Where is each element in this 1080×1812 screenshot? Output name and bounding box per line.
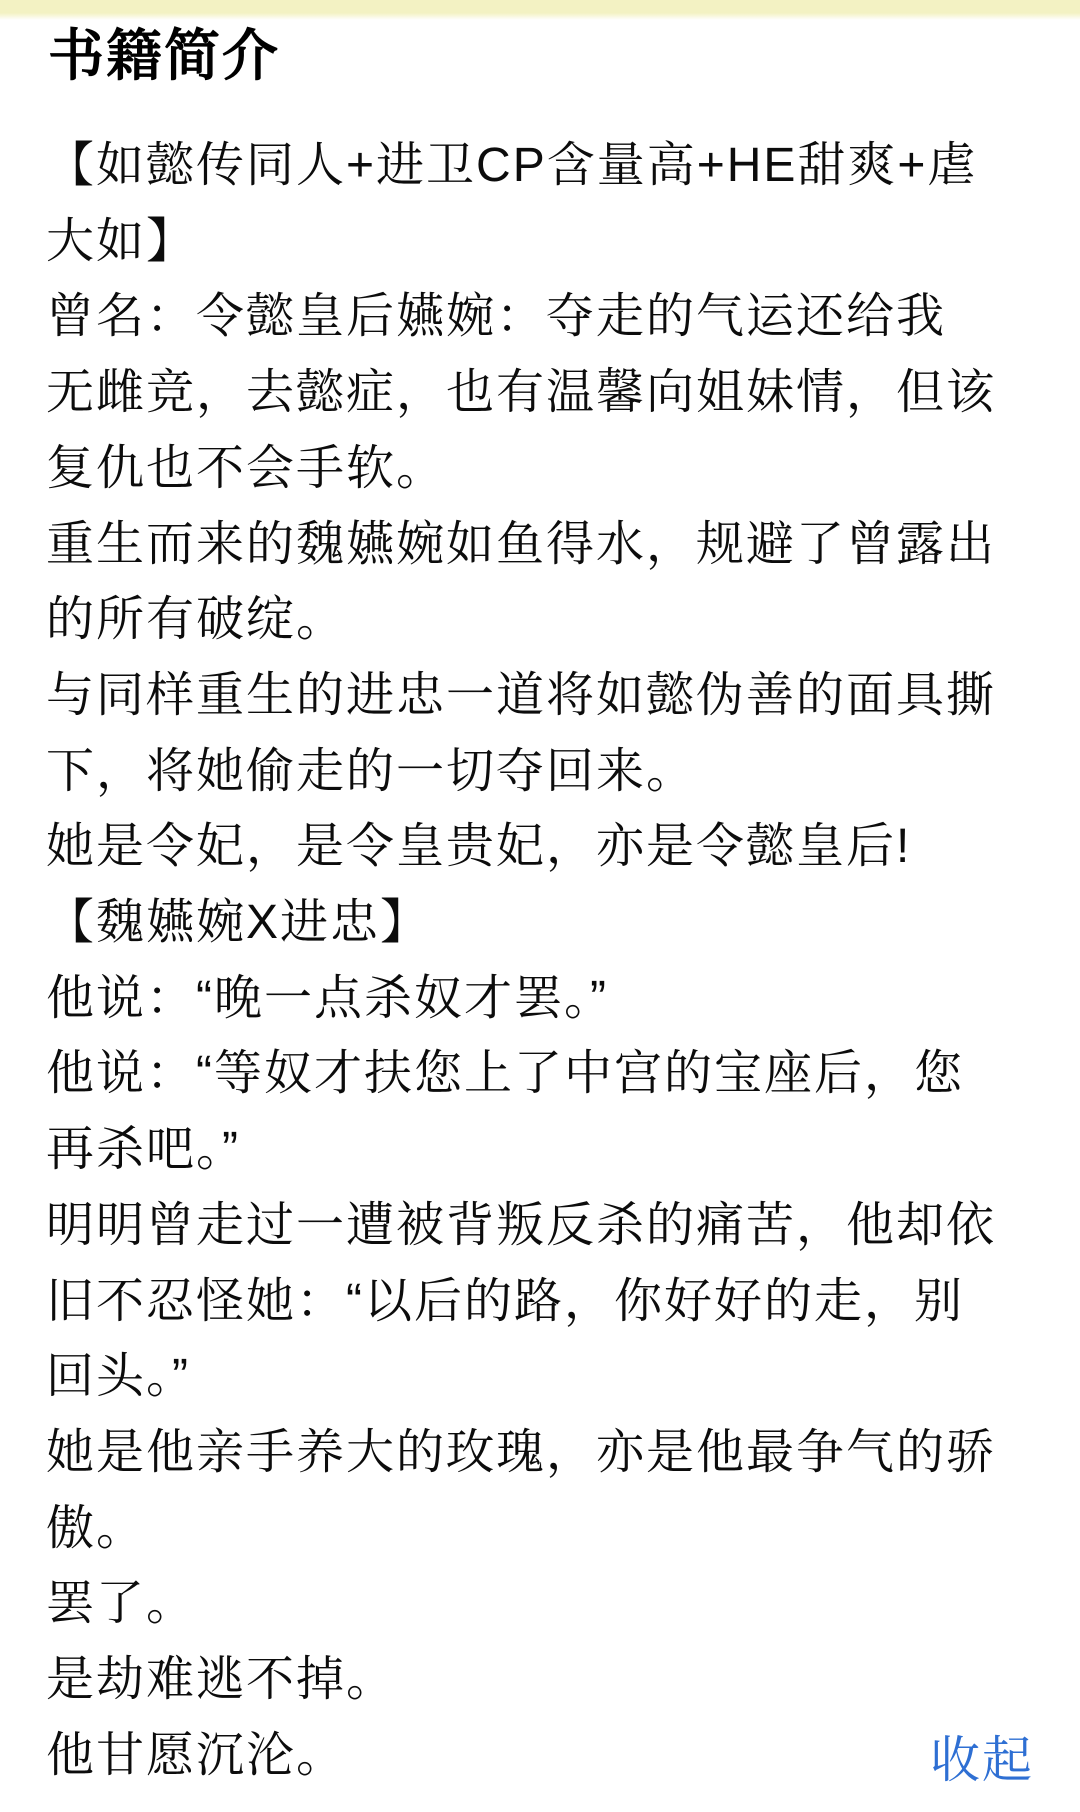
- collapse-link[interactable]: 收起: [930, 1732, 1034, 1788]
- book-intro-page: 书籍简介 【如懿传同人+进卫CP含量高+HE甜爽+虐 大如】 曾名：令懿皇后嬿婉…: [0, 0, 1080, 1812]
- book-intro-text: 【如懿传同人+进卫CP含量高+HE甜爽+虐 大如】 曾名：令懿皇后嬿婉：夺走的气…: [46, 128, 1056, 1793]
- page-title: 书籍简介: [48, 24, 280, 88]
- top-edge-band: [0, 0, 1080, 22]
